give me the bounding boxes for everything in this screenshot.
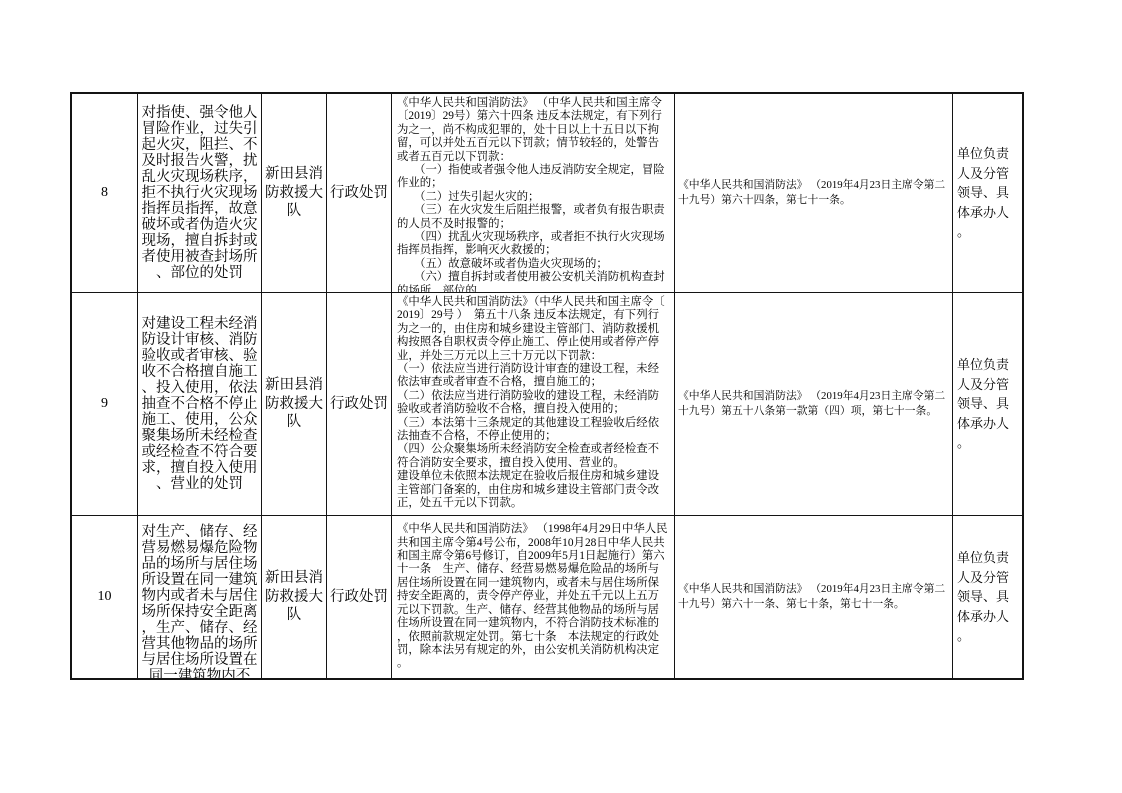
cell-legal-basis: 《中华人民共和国消防法》 （1998年4月29日中华人民共和国主席令第4号公布，… [392,516,675,678]
cell-penalty-item: 对指使、强令他人冒险作业，过失引起火灾，阻拦、不及时报告火警，扰乱火灾现场秩序，… [138,94,262,293]
row-number: 9 [101,396,108,412]
reference-text: 《中华人民共和国消防法》 （2019年4月23日主席令第二十九号）第五十八条第一… [675,389,952,419]
penalty-item-text: 对建设工程未经消防设计审核、消防验收或者审核、验收不合格擅自施工、投入使用，依法… [138,316,261,492]
reference-text: 《中华人民共和国消防法》 （2019年4月23日主席令第二十九号）第六十四条，第… [675,178,952,208]
cell-responsibility: 单位负责人及分管领导、具体承办人。 [953,293,1022,516]
legal-basis-text: 《中华人民共和国消防法》 （1998年4月29日中华人民共和国主席令第4号公布，… [392,520,674,673]
penalty-table: 8 对指使、强令他人冒险作业，过失引起火灾，阻拦、不及时报告火警，扰乱火灾现场秩… [70,92,1024,680]
cell-department: 新田县消防救援大队 [262,293,327,516]
legal-basis-text: 《中华人民共和国消防法》（中华人民共和国主席令〔2019〕29号 ） 第五十八条… [392,293,674,514]
cell-penalty-type: 行政处罚 [327,516,392,678]
cell-penalty-item: 对建设工程未经消防设计审核、消防验收或者审核、验收不合格擅自施工、投入使用，依法… [138,293,262,516]
penalty-type-text: 行政处罚 [330,395,388,413]
department-text: 新田县消防救援大队 [262,569,326,625]
cell-penalty-item: 对生产、储存、经营易燃易爆危险物品的场所与居住场所设置在同一建筑物内或者未与居住… [138,516,262,678]
row-number: 10 [98,589,112,605]
cell-row-number: 9 [72,293,138,516]
penalty-type-text: 行政处罚 [330,184,388,202]
cell-penalty-type: 行政处罚 [327,293,392,516]
penalty-type-text: 行政处罚 [330,588,388,606]
cell-row-number: 8 [72,94,138,293]
legal-basis-text: 《中华人民共和国消防法》 （中华人民共和国主席令〔2019〕29号）第六十四条 … [392,94,674,293]
row-number: 8 [101,185,108,201]
reference-text: 《中华人民共和国消防法》 （2019年4月23日主席令第二十九号）第六十一条、第… [675,582,952,612]
penalty-item-text: 对指使、强令他人冒险作业，过失引起火灾，阻拦、不及时报告火警，扰乱火灾现场秩序，… [138,105,261,281]
responsibility-text: 单位负责人及分管领导、具体承办人。 [953,355,1022,453]
cell-row-number: 10 [72,516,138,678]
department-text: 新田县消防救援大队 [262,165,326,221]
cell-reference: 《中华人民共和国消防法》 （2019年4月23日主席令第二十九号）第六十四条，第… [675,94,953,293]
cell-department: 新田县消防救援大队 [262,94,327,293]
cell-reference: 《中华人民共和国消防法》 （2019年4月23日主席令第二十九号）第六十一条、第… [675,516,953,678]
penalty-item-text: 对生产、储存、经营易燃易爆危险物品的场所与居住场所设置在同一建筑物内或者未与居住… [138,516,261,678]
department-text: 新田县消防救援大队 [262,376,326,432]
cell-legal-basis: 《中华人民共和国消防法》 （中华人民共和国主席令〔2019〕29号）第六十四条 … [392,94,675,293]
cell-responsibility: 单位负责人及分管领导、具体承办人。 [953,516,1022,678]
cell-legal-basis: 《中华人民共和国消防法》（中华人民共和国主席令〔2019〕29号 ） 第五十八条… [392,293,675,516]
document-page: 8 对指使、强令他人冒险作业，过失引起火灾，阻拦、不及时报告火警，扰乱火灾现场秩… [0,0,1122,793]
responsibility-text: 单位负责人及分管领导、具体承办人。 [953,548,1022,646]
cell-reference: 《中华人民共和国消防法》 （2019年4月23日主席令第二十九号）第五十八条第一… [675,293,953,516]
responsibility-text: 单位负责人及分管领导、具体承办人。 [953,144,1022,242]
cell-penalty-type: 行政处罚 [327,94,392,293]
cell-responsibility: 单位负责人及分管领导、具体承办人。 [953,94,1022,293]
cell-department: 新田县消防救援大队 [262,516,327,678]
